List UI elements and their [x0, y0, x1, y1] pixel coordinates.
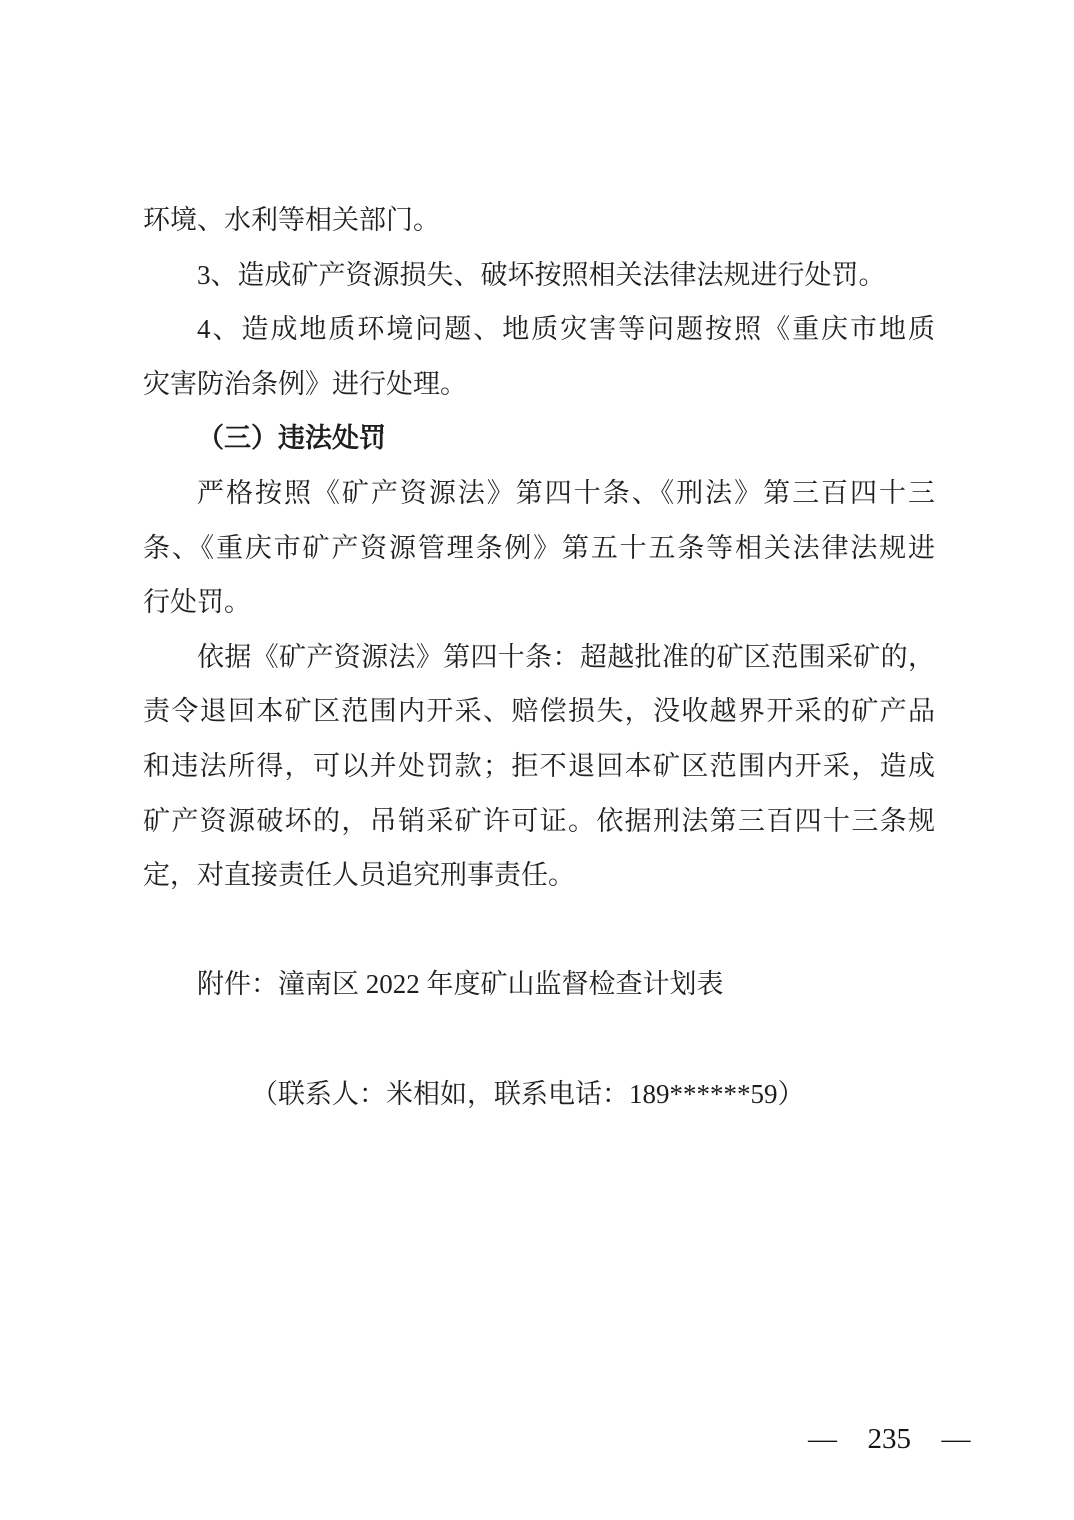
attachment-line: 附件：潼南区 2022 年度矿山监督检查计划表 — [143, 957, 935, 1012]
text-line: 3、造成矿产资源损失、破坏按照相关法律法规进行处罚。 — [143, 248, 935, 303]
footer-dash-right: — — [942, 1423, 971, 1455]
spacer-line — [143, 903, 935, 958]
text-line: 条、《重庆市矿产资源管理条例》第五十五条等相关法律法规进 — [143, 521, 935, 576]
text-line: 责令退回本矿区范围内开采、赔偿损失，没收越界开采的矿产品 — [143, 684, 935, 739]
section-heading: （三）违法处罚 — [143, 411, 935, 466]
contact-line: （联系人：米相如，联系电话：189******59） — [143, 1067, 935, 1122]
text-line: 依据《矿产资源法》第四十条：超越批准的矿区范围采矿的， — [143, 630, 935, 685]
footer-space-left — [837, 1423, 868, 1455]
page-number: 235 — [868, 1423, 912, 1455]
document-body: 环境、水利等相关部门。3、造成矿产资源损失、破坏按照相关法律法规进行处罚。4、造… — [143, 193, 935, 1121]
footer-space-right — [911, 1423, 942, 1455]
text-line: 严格按照《矿产资源法》第四十条、《刑法》第三百四十三 — [143, 466, 935, 521]
document-page: 环境、水利等相关部门。3、造成矿产资源损失、破坏按照相关法律法规进行处罚。4、造… — [0, 0, 1074, 1520]
footer-dash-left: — — [808, 1423, 837, 1455]
spacer-line — [143, 1012, 935, 1067]
text-line: 环境、水利等相关部门。 — [143, 193, 935, 248]
text-line: 4、造成地质环境问题、地质灾害等问题按照《重庆市地质 — [143, 302, 935, 357]
page-footer: — 235 — — [808, 1422, 971, 1456]
text-line: 灾害防治条例》进行处理。 — [143, 357, 935, 412]
text-line: 行处罚。 — [143, 575, 935, 630]
text-line: 和违法所得，可以并处罚款；拒不退回本矿区范围内开采，造成 — [143, 739, 935, 794]
text-line: 矿产资源破坏的，吊销采矿许可证。依据刑法第三百四十三条规 — [143, 794, 935, 849]
text-line: 定，对直接责任人员追究刑事责任。 — [143, 848, 935, 903]
